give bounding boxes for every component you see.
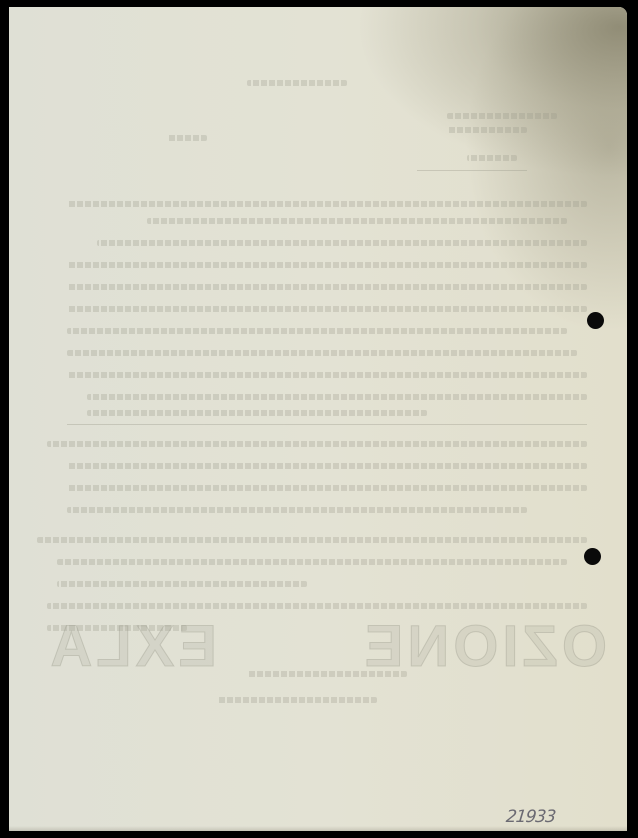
document-page: OZIONE EXLA 21933 (9, 7, 627, 831)
punch-hole-bottom (584, 548, 601, 565)
punch-hole-top (587, 312, 604, 329)
bleed-through-text: OZIONE EXLA (9, 7, 627, 831)
archive-number: 21933 (505, 807, 556, 827)
